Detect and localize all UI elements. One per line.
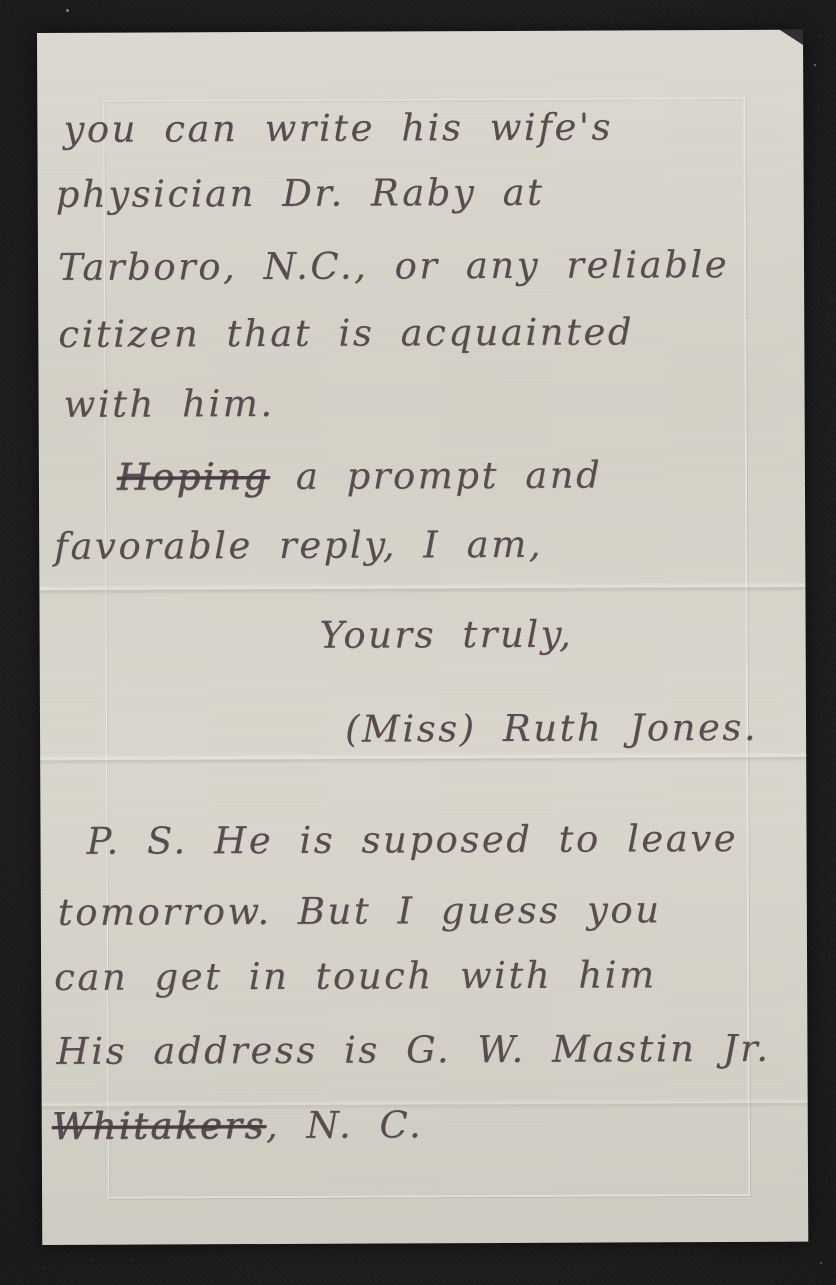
- closing-line-1: Hoping a prompt and: [117, 454, 602, 499]
- body-line-3: Tarboro, N.C., or any reliable: [58, 243, 729, 289]
- postscript-line-2: tomorrow. But I guess you: [58, 888, 662, 934]
- dust-speck: [820, 1262, 822, 1264]
- valediction: Yours truly,: [320, 613, 574, 657]
- body-line-1: you can write his wife's: [63, 105, 613, 150]
- closing-line-1-rest: a prompt and: [269, 454, 602, 498]
- folded-corner: [778, 29, 804, 49]
- postscript-line-4: His address is G. W. Mastin Jr.: [56, 1027, 770, 1073]
- closing-line-2: favorable reply, I am,: [54, 523, 543, 568]
- postscript-line-1: P. S. He is suposed to leave: [86, 817, 738, 863]
- signature: (Miss) Ruth Jones.: [345, 706, 758, 751]
- scanner-background: you can write his wife's physician Dr. R…: [0, 0, 836, 1285]
- postscript-line-3: can get in touch with him: [54, 953, 657, 999]
- dust-speck: [66, 9, 69, 12]
- overwritten-word: Hoping: [117, 455, 270, 499]
- body-line-2: physician Dr. Raby at: [56, 171, 545, 216]
- dust-speck: [814, 64, 816, 66]
- overwritten-word: Whitakers: [52, 1104, 266, 1148]
- body-line-4: citizen that is acquainted: [58, 310, 634, 356]
- postscript-line-5-rest: , N. C.: [266, 1103, 423, 1147]
- letter-page: you can write his wife's physician Dr. R…: [37, 30, 808, 1245]
- body-line-5: with him.: [64, 382, 275, 426]
- postscript-line-5: Whitakers, N. C.: [52, 1103, 424, 1148]
